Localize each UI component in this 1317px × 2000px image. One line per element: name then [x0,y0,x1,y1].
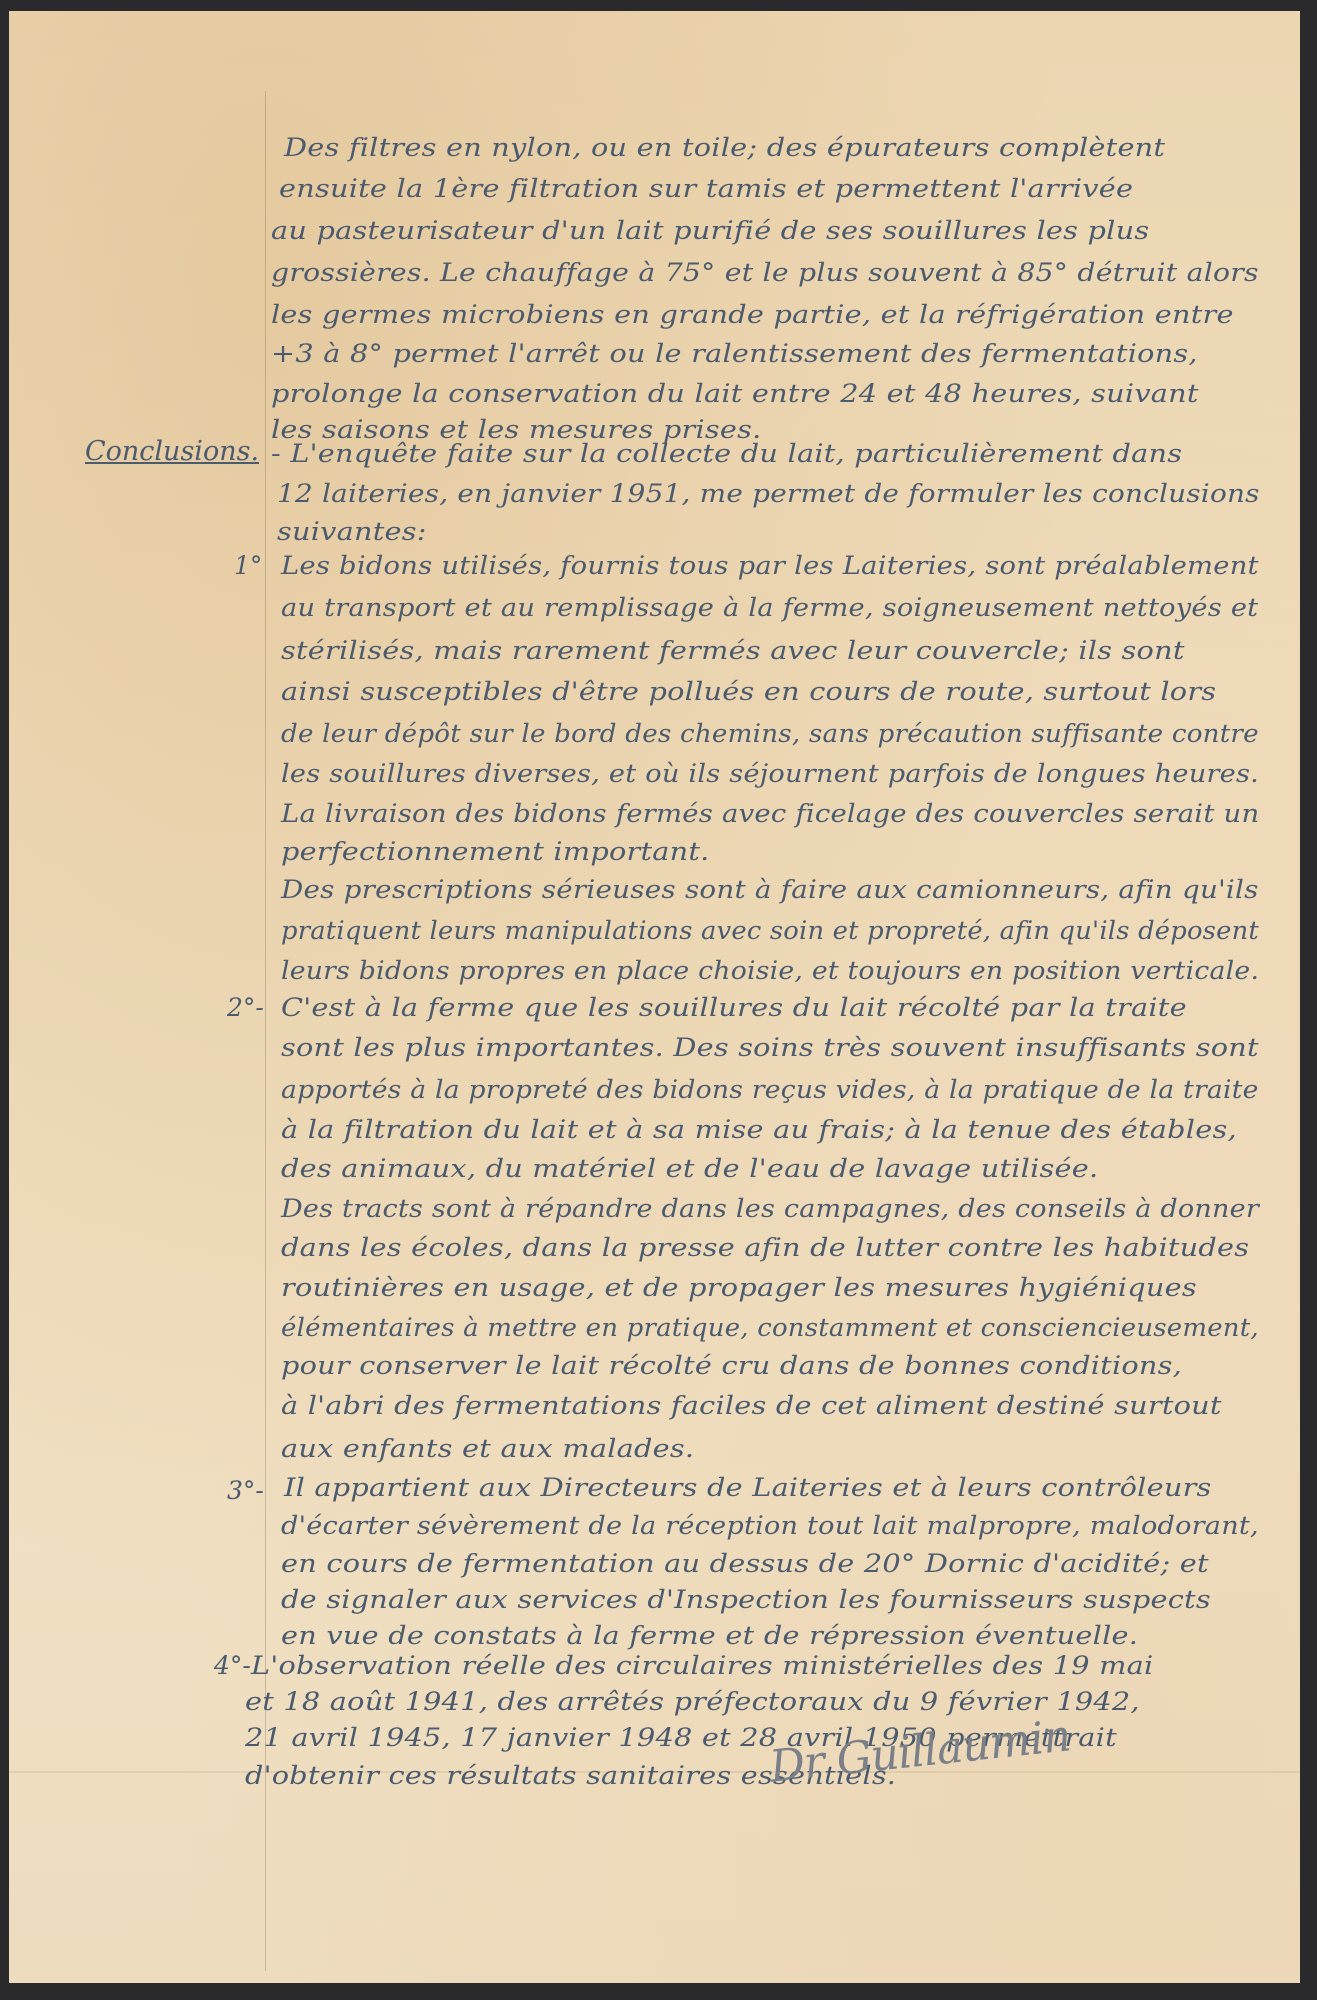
item-number: 4°- [214,1651,251,1680]
text-line: dans les écoles, dans la presse afin de … [281,1233,1249,1262]
text-line: Les bidons utilisés, fournis tous par le… [281,551,1259,580]
text-line: +3 à 8° permet l'arrêt ou le ralentissem… [271,339,1198,368]
text-line: Des prescriptions sérieuses sont à faire… [281,875,1259,904]
text-line: leurs bidons propres en place choisie, e… [281,956,1259,985]
text-line: Des filtres en nylon, ou en toile; des é… [284,133,1165,162]
text-line: et 18 août 1941, des arrêtés préfectorau… [245,1687,1140,1716]
text-line: les souillures diverses, et où ils séjou… [281,759,1259,788]
item-number: 3°- [227,1476,264,1505]
text-line: La livraison des bidons fermés avec fice… [281,799,1259,828]
conclusions-heading: Conclusions. [85,436,259,467]
text-line: 12 laiteries, en janvier 1951, me permet… [277,479,1260,508]
text-line: à la filtration du lait et à sa mise au … [281,1115,1237,1144]
text-line: élémentaires à mettre en pratique, const… [281,1313,1259,1342]
text-line: perfectionnement important. [281,837,710,866]
text-line: - L'enquête faite sur la collecte du lai… [271,439,1182,468]
text-line: Il appartient aux Directeurs de Laiterie… [284,1473,1212,1502]
text-line: stérilisés, mais rarement fermés avec le… [281,636,1185,665]
item-number: 2°- [227,993,264,1022]
document-page: Des filtres en nylon, ou en toile; des é… [9,11,1300,1983]
text-line: au pasteurisateur d'un lait purifié de s… [271,216,1149,245]
text-line: pratiquent leurs manipulations avec soin… [281,916,1259,945]
text-line: apportés à la propreté des bidons reçus … [281,1075,1259,1104]
text-line: Des tracts sont à répandre dans les camp… [281,1194,1259,1223]
text-line: routinières en usage, et de propager les… [281,1273,1197,1302]
text-line: les germes microbiens en grande partie, … [271,300,1234,329]
text-line: pour conserver le lait récolté cru dans … [281,1351,1182,1380]
item-number: 1° [234,551,262,580]
text-line: à l'abri des fermentations faciles de ce… [281,1391,1222,1420]
text-line: au transport et au remplissage à la ferm… [281,593,1258,622]
text-line: C'est à la ferme que les souillures du l… [281,993,1187,1022]
text-line: prolonge la conservation du lait entre 2… [271,379,1199,408]
text-line: grossières. Le chauffage à 75° et le plu… [271,258,1259,287]
text-line: en cours de fermentation au dessus de 20… [281,1549,1209,1578]
text-line: sont les plus importantes. Des soins trè… [281,1033,1259,1062]
text-line: d'écarter sévèrement de la réception tou… [281,1511,1259,1540]
text-line: ensuite la 1ère filtration sur tamis et … [279,174,1133,203]
text-line: en vue de constats à la ferme et de répr… [281,1621,1138,1650]
text-line: de leur dépôt sur le bord des chemins, s… [281,719,1259,748]
text-line: aux enfants et aux malades. [281,1434,694,1463]
text-line: L'observation réelle des circulaires min… [251,1651,1153,1680]
text-line: suivantes: [277,517,427,546]
text-line: ainsi susceptibles d'être pollués en cou… [281,677,1216,706]
text-line: de signaler aux services d'Inspection le… [281,1585,1211,1614]
text-line: des animaux, du matériel et de l'eau de … [281,1154,1098,1183]
